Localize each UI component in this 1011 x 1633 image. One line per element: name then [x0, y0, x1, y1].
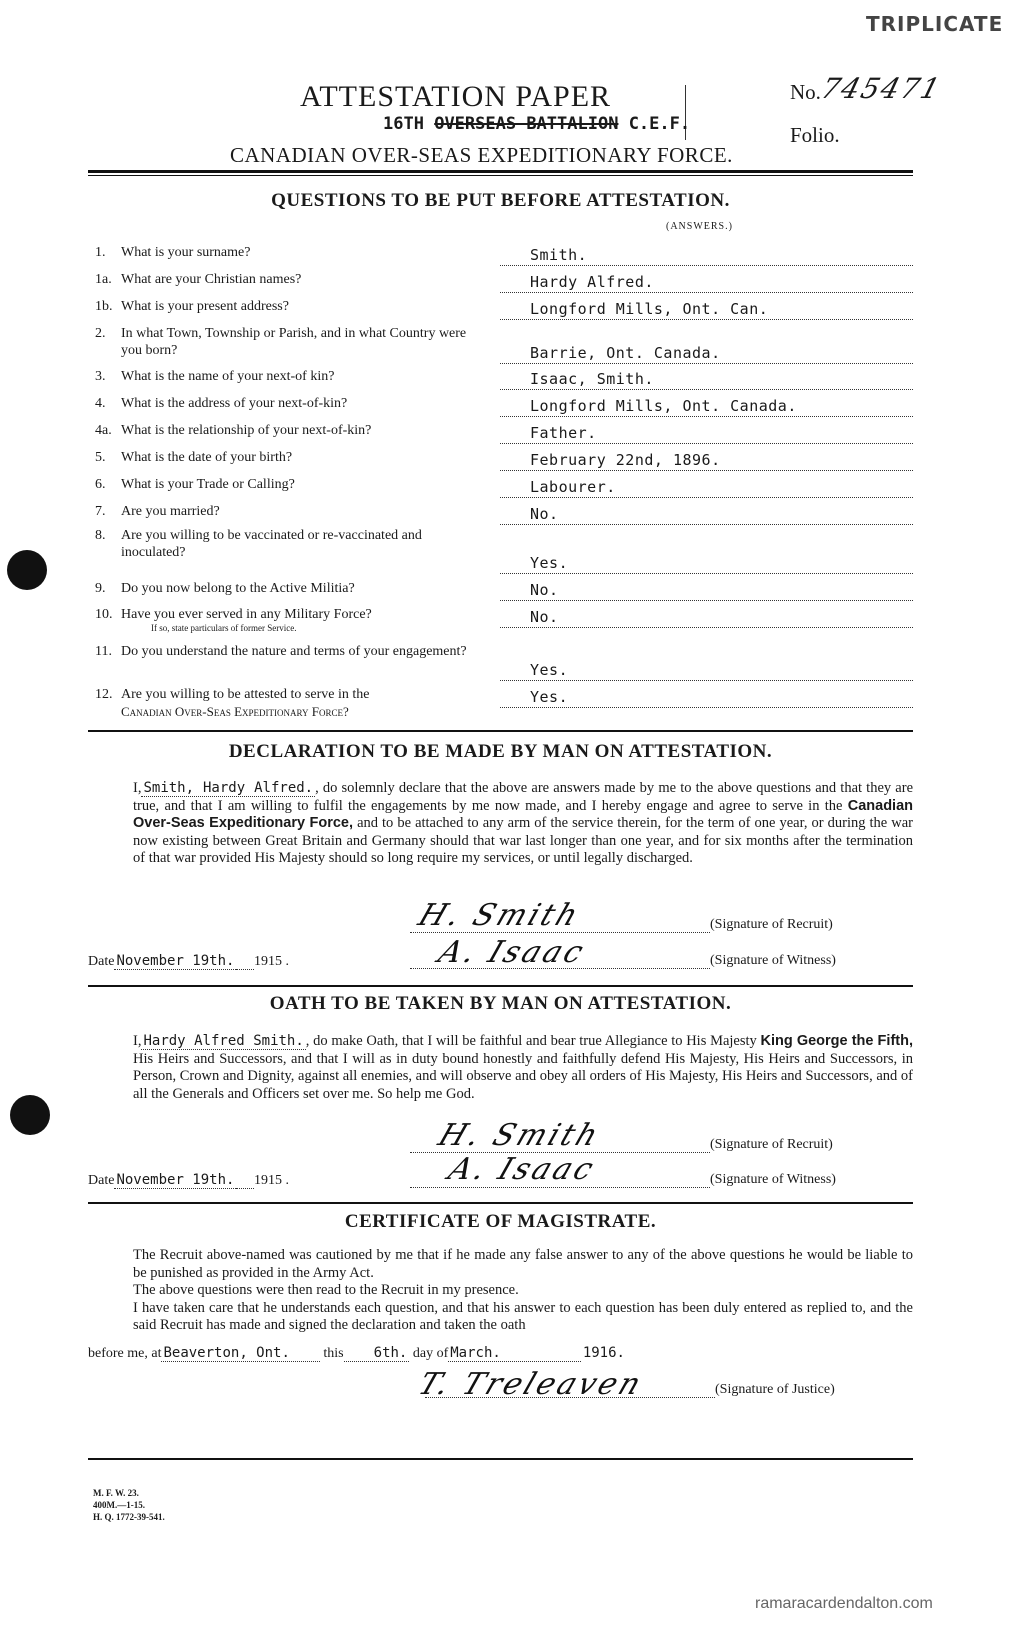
- question-row: 8.Are you willing to be vaccinated or re…: [95, 527, 480, 561]
- oath-witness-sigline: (Signature of Witness): [410, 1172, 836, 1188]
- question-text: Are you willing to be attested to serve …: [121, 686, 480, 703]
- certificate-para-1: The Recruit above-named was cautioned by…: [88, 1247, 913, 1282]
- oath-date-label: Date: [88, 1173, 114, 1188]
- oath-king: King George the Fifth,: [761, 1033, 914, 1049]
- question-text: Do you understand the nature and terms o…: [121, 643, 480, 660]
- answer-value: Longford Mills, Ont. Can.: [530, 300, 768, 318]
- question-row: 11.Do you understand the nature and term…: [95, 643, 480, 660]
- header-rule: [88, 170, 913, 173]
- form-code-line-3: H. Q. 1772-39-541.: [93, 1511, 165, 1523]
- answer-value: Yes.: [530, 554, 568, 572]
- answer-value: Yes.: [530, 661, 568, 679]
- answer-value: Labourer.: [530, 478, 616, 496]
- question-row: 3.What is the name of your next-of kin?: [95, 368, 480, 385]
- question-text: What is the address of your next-of-kin?: [121, 395, 480, 412]
- answer-value: February 22nd, 1896.: [530, 451, 721, 469]
- answer-value: No.: [530, 608, 559, 626]
- oath-end-rule: [88, 1202, 913, 1204]
- question-row: 2.In what Town, Township or Parish, and …: [95, 325, 480, 359]
- answer-value: Hardy Alfred.: [530, 273, 654, 291]
- certificate-heading: CERTIFICATE OF MAGISTRATE.: [88, 1211, 913, 1233]
- answer-field: Longford Mills, Ont. Canada.: [500, 396, 913, 417]
- declaration-text: I,Smith, Hardy Alfred., do solemnly decl…: [88, 780, 913, 868]
- oath-name-field: Hardy Alfred Smith.: [141, 1033, 305, 1050]
- question-row: 10.Have you ever served in any Military …: [95, 606, 480, 634]
- certificate-year: 1916.: [581, 1345, 627, 1361]
- question-text: What is the relationship of your next-of…: [121, 422, 480, 439]
- oath-date-line: DateNovember 19th. 1915 .: [88, 1172, 289, 1189]
- question-row: 4.What is the address of your next-of-ki…: [95, 395, 480, 412]
- declaration-recruit-sigline: (Signature of Recruit): [410, 917, 833, 933]
- answer-field: Yes.: [500, 553, 913, 574]
- answers-label: (ANSWERS.): [666, 221, 733, 232]
- question-text: Have you ever served in any Military For…: [121, 606, 480, 623]
- oath-text-1: , do make Oath, that I will be faithful …: [306, 1033, 761, 1049]
- answer-field: Hardy Alfred.: [500, 272, 913, 293]
- declaration-date-line: DateNovember 19th. 1915 .: [88, 953, 289, 970]
- question-number: 12.: [95, 686, 121, 703]
- day-field: 6th.: [344, 1345, 410, 1362]
- witness-caption: (Signature of Witness): [710, 953, 836, 968]
- question-number: 7.: [95, 503, 121, 520]
- question-row: 4a.What is the relationship of your next…: [95, 422, 480, 439]
- answer-field: No.: [500, 607, 913, 628]
- oath-recruit-caption: (Signature of Recruit): [710, 1137, 833, 1152]
- question-number: 4.: [95, 395, 121, 412]
- question-number: 2.: [95, 325, 121, 342]
- declaration-year: 1915: [254, 954, 282, 969]
- question-note: If so, state particulars of former Servi…: [151, 623, 480, 634]
- folio-label: Folio.: [790, 123, 840, 148]
- unit-stamp-prefix: 16TH: [383, 114, 424, 134]
- oath-text-2: His Heirs and Successors, and that I wil…: [133, 1051, 913, 1102]
- form-code-line-1: M. F. W. 23.: [93, 1487, 165, 1499]
- declaration-name-field: Smith, Hardy Alfred.: [141, 780, 315, 797]
- certificate-place-date-line: before me, atBeaverton, Ont. this6th. da…: [88, 1345, 913, 1362]
- copy-stamp: TRIPLICATE: [866, 12, 1003, 36]
- declaration-witness-sigline: (Signature of Witness): [410, 953, 836, 969]
- question-row: 7.Are you married?: [95, 503, 480, 520]
- punch-hole-top: [7, 550, 47, 590]
- question-number: 1b.: [95, 298, 121, 315]
- questions-end-rule: [88, 730, 913, 732]
- answer-value: Father.: [530, 424, 597, 442]
- answer-field: No.: [500, 504, 913, 525]
- place-field: Beaverton, Ont.: [161, 1345, 319, 1362]
- answer-field: Father.: [500, 423, 913, 444]
- regimental-number-label: No.: [790, 80, 821, 105]
- month-field: March.: [448, 1345, 581, 1362]
- header-rule-thin: [88, 175, 913, 176]
- answer-value: Smith.: [530, 246, 587, 264]
- oath-heading: OATH TO BE TAKEN BY MAN ON ATTESTATION.: [88, 993, 913, 1015]
- question-row: 1.What is your surname?: [95, 244, 480, 261]
- question-text: What is the name of your next-of kin?: [121, 368, 480, 385]
- document-title: ATTESTATION PAPER: [300, 80, 611, 114]
- question-text: Do you now belong to the Active Militia?: [121, 580, 480, 597]
- unit-stamp: 16TH OVERSEAS BATTALION C.E.F.: [383, 114, 690, 134]
- question-row: 6.What is your Trade or Calling?: [95, 476, 480, 493]
- declaration-heading: DECLARATION TO BE MADE BY MAN ON ATTESTA…: [88, 741, 913, 763]
- unit-stamp-suffix: C.E.F.: [629, 114, 690, 134]
- question-text-line2: Canadian Over-Seas Expeditionary Force?: [121, 703, 480, 720]
- answer-field: Smith.: [500, 245, 913, 266]
- answer-field: No.: [500, 580, 913, 601]
- day-of-label: day of: [413, 1346, 448, 1361]
- question-text: Are you married?: [121, 503, 480, 520]
- question-row: 5.What is the date of your birth?: [95, 449, 480, 466]
- question-text: What are your Christian names?: [121, 271, 480, 288]
- certificate-end-rule: [88, 1458, 913, 1460]
- justice-sigline: (Signature of Justice): [425, 1382, 835, 1398]
- answer-value: Yes.: [530, 688, 568, 706]
- question-number: 1.: [95, 244, 121, 261]
- question-number: 4a.: [95, 422, 121, 439]
- answer-value: Isaac, Smith.: [530, 370, 654, 388]
- question-number: 6.: [95, 476, 121, 493]
- question-number: 1a.: [95, 271, 121, 288]
- declaration-date-field: November 19th.: [114, 953, 236, 970]
- regimental-number: 745471: [818, 72, 946, 105]
- declaration-end-rule: [88, 985, 913, 987]
- question-number: 5.: [95, 449, 121, 466]
- certificate-text: The Recruit above-named was cautioned by…: [88, 1247, 913, 1335]
- answer-field: Yes.: [500, 687, 913, 708]
- unit-stamp-struck: OVERSEAS BATTALION: [434, 114, 618, 134]
- answer-field: Isaac, Smith.: [500, 369, 913, 390]
- question-number: 8.: [95, 527, 121, 544]
- answer-value: No.: [530, 505, 559, 523]
- certificate-para-2: The above questions were then read to th…: [88, 1282, 913, 1300]
- this-label: this: [323, 1346, 343, 1361]
- form-code: M. F. W. 23. 400M.—1-15. H. Q. 1772-39-5…: [93, 1487, 165, 1523]
- oath-text: I,Hardy Alfred Smith., do make Oath, tha…: [88, 1033, 913, 1103]
- punch-hole-bottom: [10, 1095, 50, 1135]
- question-text: In what Town, Township or Parish, and in…: [121, 325, 480, 359]
- question-text: What is your surname?: [121, 244, 480, 261]
- answer-value: Longford Mills, Ont. Canada.: [530, 397, 797, 415]
- question-text: What is your present address?: [121, 298, 480, 315]
- question-number: 9.: [95, 580, 121, 597]
- certificate-para-3: I have taken care that he understands ea…: [88, 1300, 913, 1335]
- answer-field: Labourer.: [500, 477, 913, 498]
- question-text: What is the date of your birth?: [121, 449, 480, 466]
- questions-heading: QUESTIONS TO BE PUT BEFORE ATTESTATION.: [88, 190, 913, 212]
- website-watermark: ramaracardendalton.com: [755, 1595, 933, 1613]
- oath-year: 1915: [254, 1173, 282, 1188]
- justice-caption: (Signature of Justice): [715, 1382, 835, 1397]
- question-number: 10.: [95, 606, 121, 623]
- answer-field: Yes.: [500, 660, 913, 681]
- question-text: Are you willing to be vaccinated or re-v…: [121, 527, 480, 561]
- question-number: 3.: [95, 368, 121, 385]
- document-subtitle: CANADIAN OVER-SEAS EXPEDITIONARY FORCE.: [230, 143, 733, 168]
- oath-recruit-sigline: (Signature of Recruit): [410, 1137, 833, 1153]
- recruit-caption: (Signature of Recruit): [710, 917, 833, 932]
- question-row: 1a.What are your Christian names?: [95, 271, 480, 288]
- question-text: What is your Trade or Calling?: [121, 476, 480, 493]
- question-number: 11.: [95, 643, 121, 660]
- form-code-line-2: 400M.—1-15.: [93, 1499, 165, 1511]
- question-row: 12.Are you willing to be attested to ser…: [95, 686, 480, 720]
- answer-value: Barrie, Ont. Canada.: [530, 344, 721, 362]
- answer-field: Barrie, Ont. Canada.: [500, 343, 913, 364]
- question-row: 1b.What is your present address?: [95, 298, 480, 315]
- answer-field: February 22nd, 1896.: [500, 450, 913, 471]
- date-label: Date: [88, 954, 114, 969]
- question-row: 9.Do you now belong to the Active Militi…: [95, 580, 480, 597]
- oath-witness-caption: (Signature of Witness): [710, 1172, 836, 1187]
- answer-value: No.: [530, 581, 559, 599]
- oath-date-field: November 19th.: [114, 1172, 236, 1189]
- before-label: before me, at: [88, 1346, 161, 1361]
- answer-field: Longford Mills, Ont. Can.: [500, 299, 913, 320]
